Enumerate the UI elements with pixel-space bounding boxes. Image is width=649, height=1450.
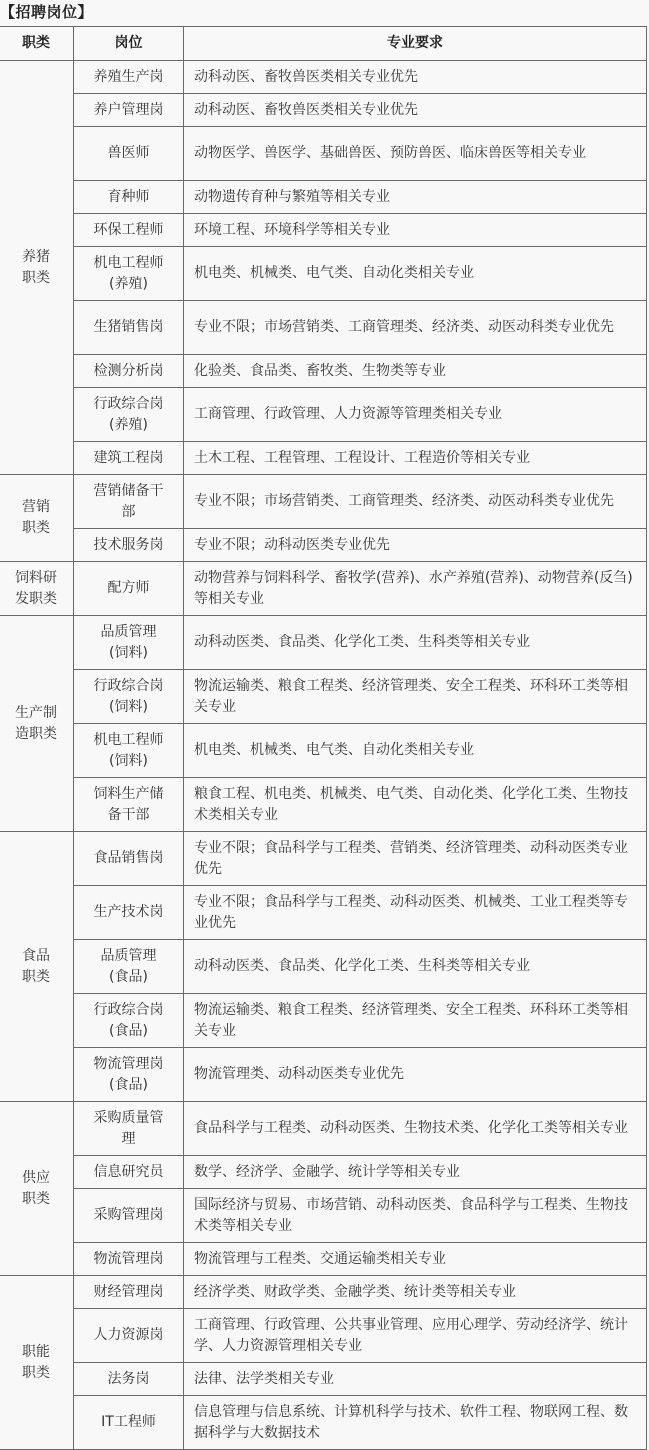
requirement-cell: 经济学类、财政学类、金融学类、统计类等相关专业 <box>184 1276 647 1309</box>
requirement-text: 专业不限；动科动医类专业优先 <box>194 537 390 553</box>
position-label: 品质管理 (饲料) <box>101 624 157 661</box>
table-row: 物流管理岗 (食品)物流管理类、动科动医类专业优先 <box>0 1048 647 1102</box>
category-label: 养猪 职类 <box>22 249 50 286</box>
position-cell: 养殖生产岗 <box>74 61 184 94</box>
requirement-text: 动科动医、畜牧兽医类相关专业优先 <box>194 102 418 118</box>
position-label: 营销储备干 部 <box>94 483 164 520</box>
table-row: 法务岗法律、法学类相关专业 <box>0 1363 647 1396</box>
requirement-cell: 物流运输类、粮食工程类、经济管理类、安全工程类、环科环工类等相关专业 <box>184 670 647 724</box>
requirement-cell: 环境工程、环境科学等相关专业 <box>184 214 647 247</box>
position-label: 机电工程师 (养殖) <box>94 255 164 292</box>
requirement-cell: 法律、法学类相关专业 <box>184 1363 647 1396</box>
table-row: 营销 职类营销储备干 部专业不限；市场营销类、工商管理类、经济类、动医动科类专业… <box>0 475 647 529</box>
position-label: 生产技术岗 <box>94 904 164 920</box>
position-label: 机电工程师 (饲料) <box>94 732 164 769</box>
position-label: 配方师 <box>108 580 150 596</box>
requirement-cell: 动科动医、畜牧兽医类相关专业优先 <box>184 61 647 94</box>
category-cell: 职能 职类 <box>0 1276 74 1433</box>
requirement-text: 物流管理与工程类、交通运输类相关专业 <box>194 1251 446 1267</box>
requirement-text: 物流运输类、粮食工程类、经济管理类、安全工程类、环科环工类等相关专业 <box>194 1002 628 1039</box>
category-cell: 食品 职类 <box>0 832 74 1102</box>
table-row: 人力资源岗工商管理、行政管理、公共事业管理、应用心理学、劳动经济学、统计学、人力… <box>0 1309 647 1363</box>
requirement-text: 法律、法学类相关专业 <box>194 1371 334 1387</box>
header-position: 岗位 <box>74 27 184 61</box>
position-cell: 育种师 <box>74 181 184 214</box>
position-cell: 饲料生产储 备干部 <box>74 778 184 832</box>
table-row: 行政综合岗 (饲料)物流运输类、粮食工程类、经济管理类、安全工程类、环科环工类等… <box>0 670 647 724</box>
position-label: 养殖生产岗 <box>94 69 164 85</box>
table-row: 行政综合岗 (食品)物流运输类、粮食工程类、经济管理类、安全工程类、环科环工类等… <box>0 994 647 1048</box>
requirement-text: 动物遗传育种与繁殖等相关专业 <box>194 189 390 205</box>
table-row: 兽医师动物医学、兽医学、基础兽医、预防兽医、临床兽医等相关专业 <box>0 127 647 181</box>
requirement-cell: 动科动医类、食品类、化学化工类、生科类等相关专业 <box>184 940 647 994</box>
requirement-cell: 信息管理与信息系统、计算机科学与技术、软件工程、物联网工程、数据科学与大数据技术 <box>184 1396 647 1433</box>
requirement-text: 土木工程、工程管理、工程设计、工程造价等相关专业 <box>194 450 530 466</box>
requirement-cell: 机电类、机械类、电气类、自动化类相关专业 <box>184 247 647 301</box>
position-cell: 机电工程师 (饲料) <box>74 724 184 778</box>
position-label: 财经管理岗 <box>94 1284 164 1300</box>
position-cell: 品质管理 (食品) <box>74 940 184 994</box>
requirement-cell: 专业不限；市场营销类、工商管理类、经济类、动医动科类专业优先 <box>184 475 647 529</box>
requirement-text: 机电类、机械类、电气类、自动化类相关专业 <box>194 742 474 758</box>
position-label: 生猪销售岗 <box>94 319 164 335</box>
category-cell: 营销 职类 <box>0 475 74 562</box>
position-label: 兽医师 <box>108 145 150 161</box>
category-label: 饲料研 发职类 <box>15 570 57 607</box>
requirement-cell: 机电类、机械类、电气类、自动化类相关专业 <box>184 724 647 778</box>
table-row: IT工程师信息管理与信息系统、计算机科学与技术、软件工程、物联网工程、数据科学与… <box>0 1396 647 1433</box>
position-cell: 物流管理岗 <box>74 1243 184 1276</box>
position-cell: 生产技术岗 <box>74 886 184 940</box>
requirement-cell: 动物遗传育种与繁殖等相关专业 <box>184 181 647 214</box>
position-cell: 技术服务岗 <box>74 529 184 562</box>
position-label: 品质管理 (食品) <box>101 948 157 985</box>
position-cell: 品质管理 (饲料) <box>74 616 184 670</box>
requirement-text: 机电类、机械类、电气类、自动化类相关专业 <box>194 265 474 281</box>
requirement-text: 专业不限；市场营销类、工商管理类、经济类、动医动科类专业优先 <box>194 319 614 335</box>
position-label: 行政综合岗 (饲料) <box>94 678 164 715</box>
position-cell: 行政综合岗 (食品) <box>74 994 184 1048</box>
position-cell: 生猪销售岗 <box>74 301 184 355</box>
table-row: 行政综合岗 (养殖)工商管理、行政管理、人力资源等管理类相关专业 <box>0 388 647 442</box>
requirement-text: 数学、经济学、金融学、统计学等相关专业 <box>194 1164 460 1180</box>
recruitment-positions-table: 职类 岗位 专业要求 养猪 职类养殖生产岗动科动医、畜牧兽医类相关专业优先养户管… <box>0 26 647 1432</box>
position-label: 技术服务岗 <box>94 537 164 553</box>
position-label: 行政综合岗 (食品) <box>94 1002 164 1039</box>
category-label: 营销 职类 <box>22 499 50 536</box>
table-row: 养户管理岗动科动医、畜牧兽医类相关专业优先 <box>0 94 647 127</box>
position-cell: 人力资源岗 <box>74 1309 184 1363</box>
category-label: 生产制 造职类 <box>15 705 57 742</box>
table-row: 检测分析岗化验类、食品类、畜牧类、生物类等专业 <box>0 355 647 388</box>
position-label: 养户管理岗 <box>94 102 164 118</box>
requirement-text: 动物营养与饲料科学、畜牧学(营养)、水产养殖(营养)、动物营养(反刍)等相关专业 <box>194 570 633 607</box>
requirement-cell: 专业不限；动科动医类专业优先 <box>184 529 647 562</box>
position-cell: 财经管理岗 <box>74 1276 184 1309</box>
requirement-cell: 工商管理、行政管理、公共事业管理、应用心理学、劳动经济学、统计学、人力资源管理相… <box>184 1309 647 1363</box>
table-row: 食品 职类食品销售岗专业不限；食品科学与工程类、营销类、经济管理类、动科动医类专… <box>0 832 647 886</box>
position-cell: 采购管理岗 <box>74 1189 184 1243</box>
requirement-text: 国际经济与贸易、市场营销、动科动医类、食品科学与工程类、生物技术类等相关专业 <box>194 1197 628 1234</box>
requirement-text: 工商管理、行政管理、公共事业管理、应用心理学、劳动经济学、统计学、人力资源管理相… <box>194 1317 628 1354</box>
position-cell: 食品销售岗 <box>74 832 184 886</box>
requirement-text: 动科动医类、食品类、化学化工类、生科类等相关专业 <box>194 958 530 974</box>
position-label: 育种师 <box>108 189 150 205</box>
position-label: 建筑工程岗 <box>94 450 164 466</box>
category-cell: 供应 职类 <box>0 1102 74 1276</box>
requirement-text: 专业不限；食品科学与工程类、动科动医类、机械类、工业工程类等专业优先 <box>194 894 628 931</box>
section-title: 【招聘岗位】 <box>0 0 93 26</box>
position-cell: 机电工程师 (养殖) <box>74 247 184 301</box>
requirement-cell: 数学、经济学、金融学、统计学等相关专业 <box>184 1156 647 1189</box>
table-row: 物流管理岗物流管理与工程类、交通运输类相关专业 <box>0 1243 647 1276</box>
position-cell: 配方师 <box>74 562 184 616</box>
position-cell: 物流管理岗 (食品) <box>74 1048 184 1102</box>
position-cell: 信息研究员 <box>74 1156 184 1189</box>
table-row: 建筑工程岗土木工程、工程管理、工程设计、工程造价等相关专业 <box>0 442 647 475</box>
position-label: 采购质量管 理 <box>94 1110 164 1147</box>
category-label: 食品 职类 <box>22 948 50 985</box>
requirement-cell: 专业不限；食品科学与工程类、动科动医类、机械类、工业工程类等专业优先 <box>184 886 647 940</box>
requirement-cell: 动科动医、畜牧兽医类相关专业优先 <box>184 94 647 127</box>
position-cell: 行政综合岗 (养殖) <box>74 388 184 442</box>
position-cell: 环保工程师 <box>74 214 184 247</box>
table-row: 信息研究员数学、经济学、金融学、统计学等相关专业 <box>0 1156 647 1189</box>
requirement-text: 粮食工程、机电类、机械类、电气类、自动化类、化学化工类、生物技术类相关专业 <box>194 786 628 823</box>
table-row: 供应 职类采购质量管 理食品科学与工程类、动科动医类、生物技术类、化学化工类等相… <box>0 1102 647 1156</box>
requirement-cell: 动物医学、兽医学、基础兽医、预防兽医、临床兽医等相关专业 <box>184 127 647 181</box>
table-header-row: 职类 岗位 专业要求 <box>0 27 647 61</box>
requirement-cell: 专业不限；食品科学与工程类、营销类、经济管理类、动科动医类专业优先 <box>184 832 647 886</box>
position-label: IT工程师 <box>101 1414 156 1430</box>
requirement-cell: 专业不限；市场营销类、工商管理类、经济类、动医动科类专业优先 <box>184 301 647 355</box>
position-cell: 采购质量管 理 <box>74 1102 184 1156</box>
table-row: 品质管理 (食品)动科动医类、食品类、化学化工类、生科类等相关专业 <box>0 940 647 994</box>
position-cell: 法务岗 <box>74 1363 184 1396</box>
requirement-text: 专业不限；市场营销类、工商管理类、经济类、动医动科类专业优先 <box>194 493 614 509</box>
table-row: 职能 职类财经管理岗经济学类、财政学类、金融学类、统计类等相关专业 <box>0 1276 647 1309</box>
position-label: 食品销售岗 <box>94 850 164 866</box>
position-cell: 营销储备干 部 <box>74 475 184 529</box>
requirement-cell: 动科动医类、食品类、化学化工类、生科类等相关专业 <box>184 616 647 670</box>
requirement-cell: 食品科学与工程类、动科动医类、生物技术类、化学化工类等相关专业 <box>184 1102 647 1156</box>
requirement-cell: 物流管理类、动科动医类专业优先 <box>184 1048 647 1102</box>
position-label: 人力资源岗 <box>94 1327 164 1343</box>
table-row: 生猪销售岗专业不限；市场营销类、工商管理类、经济类、动医动科类专业优先 <box>0 301 647 355</box>
requirement-cell: 土木工程、工程管理、工程设计、工程造价等相关专业 <box>184 442 647 475</box>
position-label: 法务岗 <box>108 1371 150 1387</box>
header-category: 职类 <box>0 27 74 61</box>
table-body: 养猪 职类养殖生产岗动科动医、畜牧兽医类相关专业优先养户管理岗动科动医、畜牧兽医… <box>0 61 647 1433</box>
requirement-text: 食品科学与工程类、动科动医类、生物技术类、化学化工类等相关专业 <box>194 1120 628 1136</box>
position-label: 饲料生产储 备干部 <box>94 786 164 823</box>
requirement-text: 经济学类、财政学类、金融学类、统计类等相关专业 <box>194 1284 516 1300</box>
requirement-text: 环境工程、环境科学等相关专业 <box>194 222 390 238</box>
requirement-text: 工商管理、行政管理、人力资源等管理类相关专业 <box>194 406 502 422</box>
table-row: 技术服务岗专业不限；动科动医类专业优先 <box>0 529 647 562</box>
category-cell: 生产制 造职类 <box>0 616 74 832</box>
position-cell: IT工程师 <box>74 1396 184 1433</box>
requirement-cell: 动物营养与饲料科学、畜牧学(营养)、水产养殖(营养)、动物营养(反刍)等相关专业 <box>184 562 647 616</box>
table-row: 机电工程师 (养殖)机电类、机械类、电气类、自动化类相关专业 <box>0 247 647 301</box>
table-row: 机电工程师 (饲料)机电类、机械类、电气类、自动化类相关专业 <box>0 724 647 778</box>
position-label: 信息研究员 <box>94 1164 164 1180</box>
requirement-text: 信息管理与信息系统、计算机科学与技术、软件工程、物联网工程、数据科学与大数据技术 <box>194 1404 628 1433</box>
category-cell: 饲料研 发职类 <box>0 562 74 616</box>
position-label: 物流管理岗 <box>94 1251 164 1267</box>
position-cell: 兽医师 <box>74 127 184 181</box>
requirement-cell: 粮食工程、机电类、机械类、电气类、自动化类、化学化工类、生物技术类相关专业 <box>184 778 647 832</box>
position-cell: 行政综合岗 (饲料) <box>74 670 184 724</box>
table-row: 养猪 职类养殖生产岗动科动医、畜牧兽医类相关专业优先 <box>0 61 647 94</box>
table-row: 采购管理岗国际经济与贸易、市场营销、动科动医类、食品科学与工程类、生物技术类等相… <box>0 1189 647 1243</box>
position-label: 检测分析岗 <box>94 363 164 379</box>
requirement-text: 物流运输类、粮食工程类、经济管理类、安全工程类、环科环工类等相关专业 <box>194 678 628 715</box>
header-requirement: 专业要求 <box>184 27 647 61</box>
table-row: 饲料生产储 备干部粮食工程、机电类、机械类、电气类、自动化类、化学化工类、生物技… <box>0 778 647 832</box>
category-label: 职能 职类 <box>22 1344 50 1381</box>
position-label: 采购管理岗 <box>94 1207 164 1223</box>
requirement-text: 化验类、食品类、畜牧类、生物类等专业 <box>194 363 446 379</box>
category-cell: 养猪 职类 <box>0 61 74 475</box>
position-cell: 检测分析岗 <box>74 355 184 388</box>
table-row: 环保工程师环境工程、环境科学等相关专业 <box>0 214 647 247</box>
requirement-cell: 物流管理与工程类、交通运输类相关专业 <box>184 1243 647 1276</box>
requirement-text: 动科动医类、食品类、化学化工类、生科类等相关专业 <box>194 634 530 650</box>
table-row: 生产制 造职类品质管理 (饲料)动科动医类、食品类、化学化工类、生科类等相关专业 <box>0 616 647 670</box>
requirement-cell: 国际经济与贸易、市场营销、动科动医类、食品科学与工程类、生物技术类等相关专业 <box>184 1189 647 1243</box>
position-label: 物流管理岗 (食品) <box>94 1056 164 1093</box>
requirement-cell: 物流运输类、粮食工程类、经济管理类、安全工程类、环科环工类等相关专业 <box>184 994 647 1048</box>
category-label: 供应 职类 <box>22 1170 50 1207</box>
requirement-text: 专业不限；食品科学与工程类、营销类、经济管理类、动科动医类专业优先 <box>194 840 628 877</box>
requirement-cell: 工商管理、行政管理、人力资源等管理类相关专业 <box>184 388 647 442</box>
table-row: 饲料研 发职类配方师动物营养与饲料科学、畜牧学(营养)、水产养殖(营养)、动物营… <box>0 562 647 616</box>
requirement-text: 动物医学、兽医学、基础兽医、预防兽医、临床兽医等相关专业 <box>194 145 586 161</box>
requirement-text: 物流管理类、动科动医类专业优先 <box>194 1066 404 1082</box>
position-cell: 养户管理岗 <box>74 94 184 127</box>
table-row: 生产技术岗专业不限；食品科学与工程类、动科动医类、机械类、工业工程类等专业优先 <box>0 886 647 940</box>
requirement-text: 动科动医、畜牧兽医类相关专业优先 <box>194 69 418 85</box>
requirement-cell: 化验类、食品类、畜牧类、生物类等专业 <box>184 355 647 388</box>
position-cell: 建筑工程岗 <box>74 442 184 475</box>
position-label: 环保工程师 <box>94 222 164 238</box>
table-row: 育种师动物遗传育种与繁殖等相关专业 <box>0 181 647 214</box>
position-label: 行政综合岗 (养殖) <box>94 396 164 433</box>
